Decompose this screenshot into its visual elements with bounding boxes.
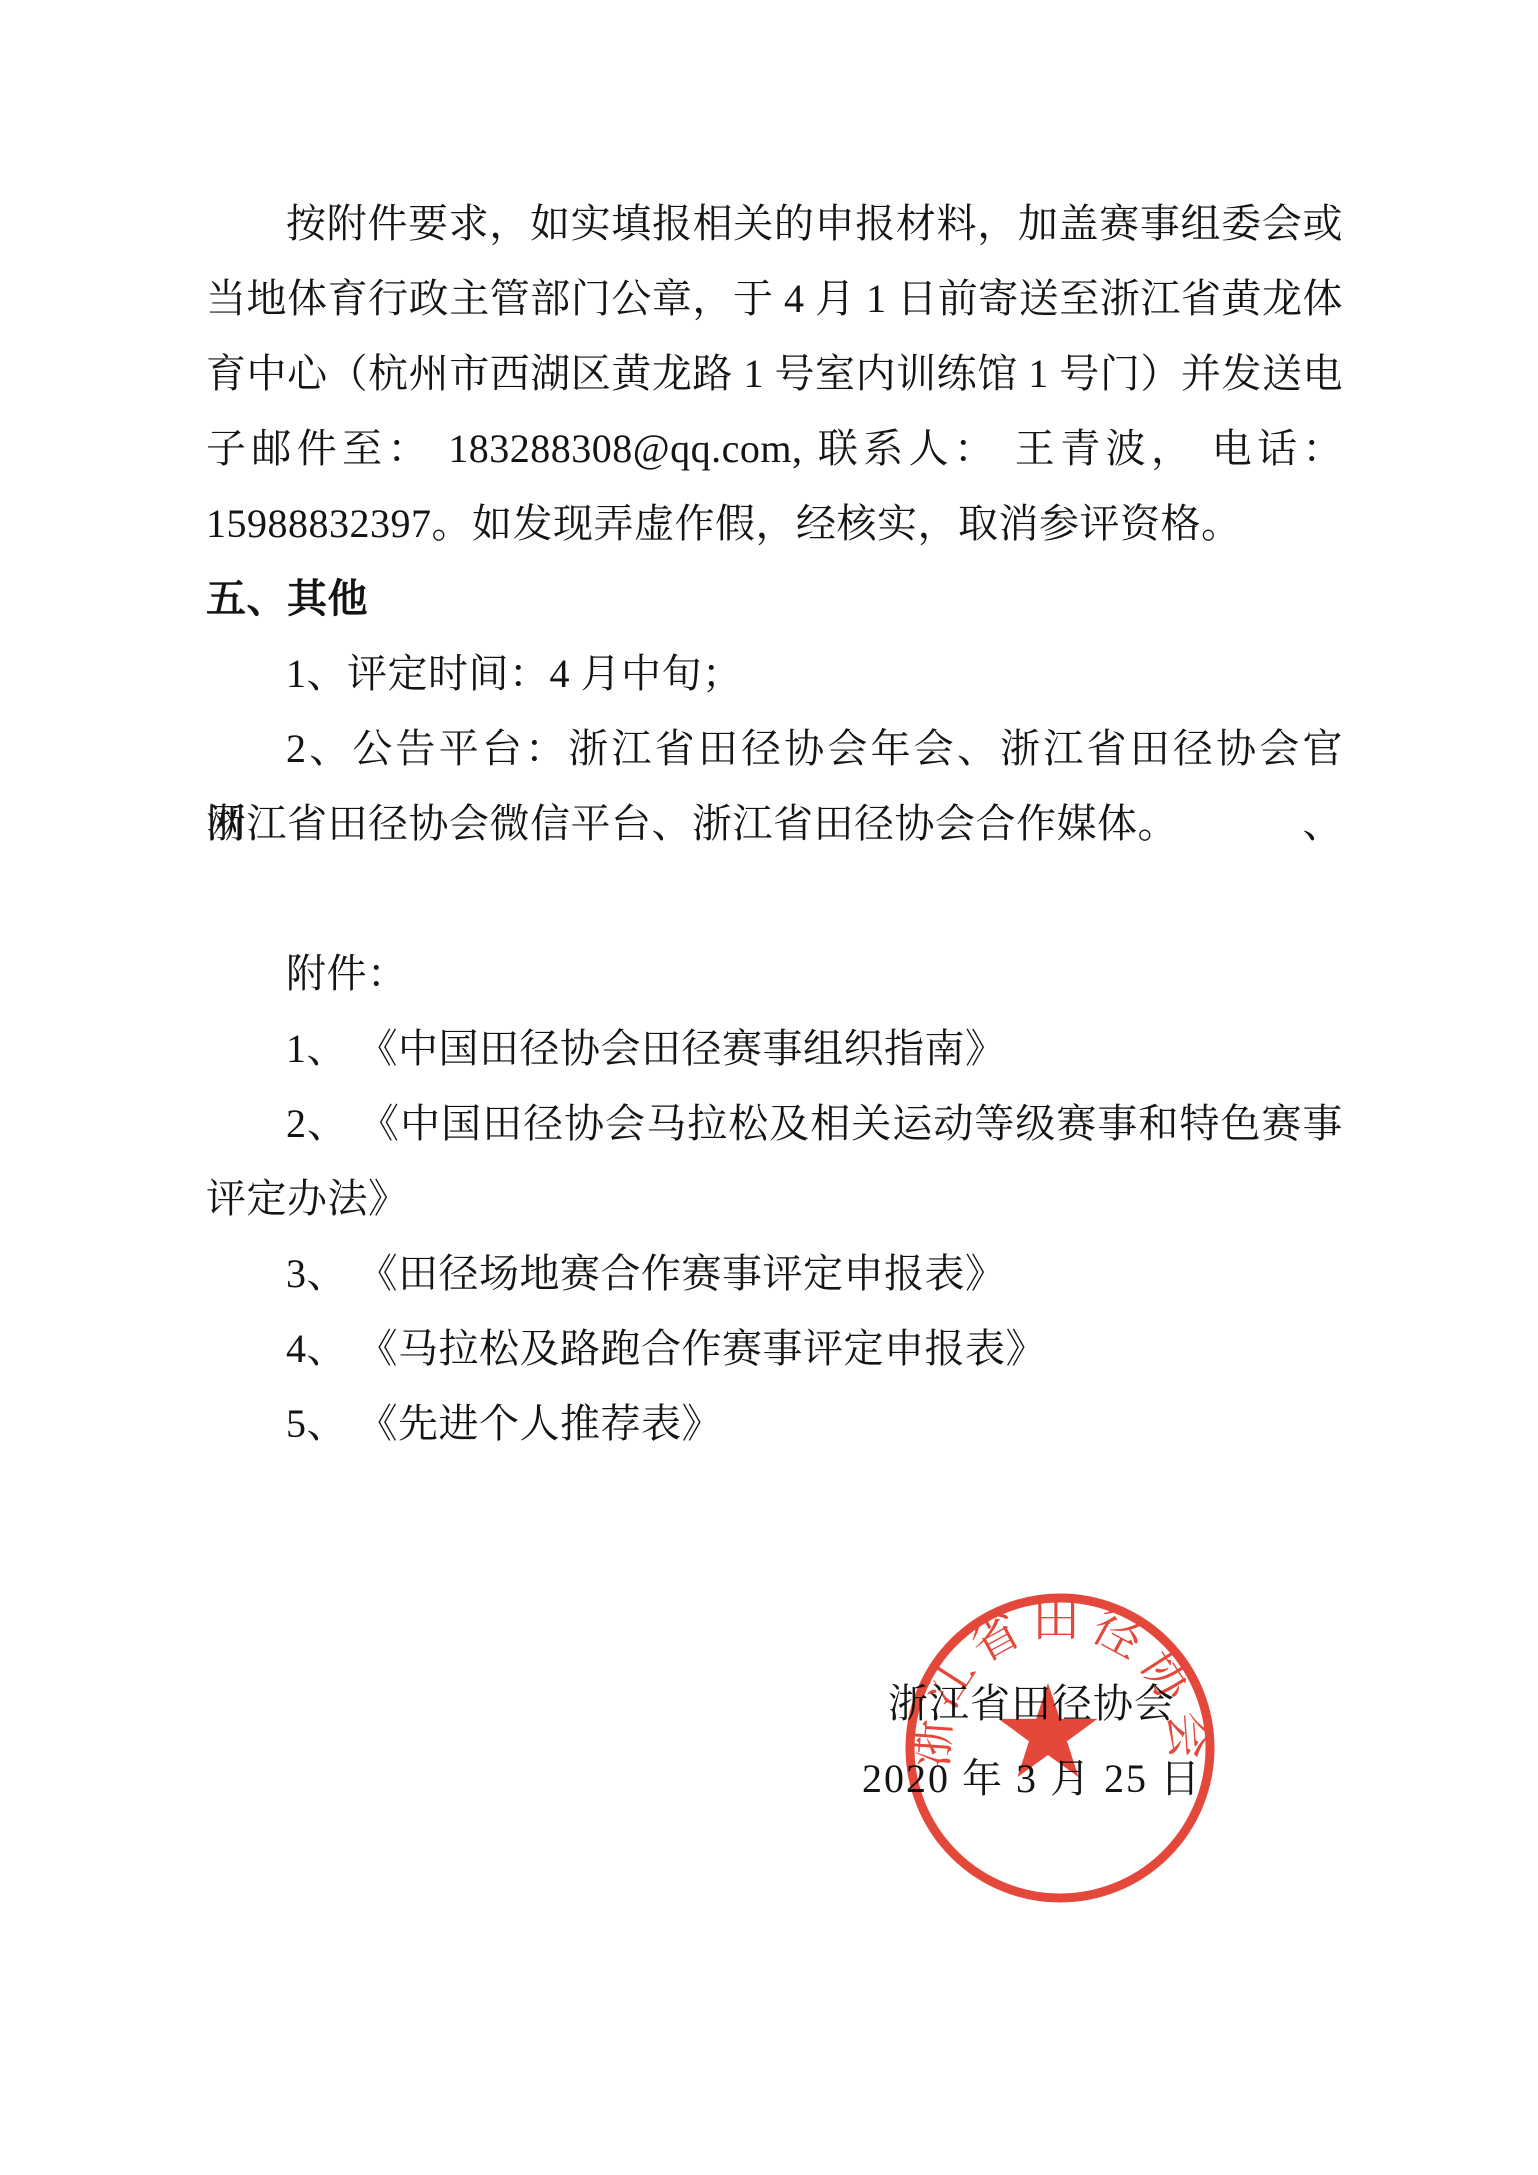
list-item-evaluation-time: 1、评定时间：4 月中旬； bbox=[206, 636, 1343, 711]
list-item-announcement-platforms: 2、公告平台：浙江省田径协会年会、浙江省田径协会官网、 bbox=[206, 711, 1343, 786]
paragraph-line: 当地体育行政主管部门公章，于 4 月 1 日前寄送至浙江省黄龙体 bbox=[206, 261, 1343, 336]
paragraph-line: 按附件要求，如实填报相关的申报材料，加盖赛事组委会或 bbox=[206, 186, 1343, 261]
section-heading-other: 五、其他 bbox=[206, 561, 1343, 636]
attachment-item-2-continuation: 评定办法》 bbox=[206, 1161, 1343, 1236]
paragraph-line: 子邮件至： 183288308@qq.com, 联系人： 王青波， 电话： bbox=[206, 411, 1343, 486]
star-icon bbox=[999, 1683, 1098, 1777]
attachment-item-2: 2、 《中国田径协会马拉松及相关运动等级赛事和特色赛事 bbox=[206, 1086, 1343, 1161]
attachment-item-4: 4、 《马拉松及路跑合作赛事评定申报表》 bbox=[206, 1311, 1343, 1386]
official-seal: 浙江省田径协会 bbox=[895, 1583, 1225, 1913]
document-page: 按附件要求，如实填报相关的申报材料，加盖赛事组委会或 当地体育行政主管部门公章，… bbox=[0, 0, 1538, 2175]
paragraph-line: 育中心（杭州市西湖区黄龙路 1 号室内训练馆 1 号门）并发送电 bbox=[206, 336, 1343, 411]
blank-line bbox=[206, 861, 1343, 936]
list-item-continuation: 浙江省田径协会微信平台、浙江省田径协会合作媒体。 bbox=[206, 786, 1343, 861]
attachments-label: 附件： bbox=[206, 936, 1343, 1011]
document-body: 按附件要求，如实填报相关的申报材料，加盖赛事组委会或 当地体育行政主管部门公章，… bbox=[206, 186, 1343, 1461]
attachment-item-1: 1、 《中国田径协会田径赛事组织指南》 bbox=[206, 1011, 1343, 1086]
attachment-item-3: 3、 《田径场地赛合作赛事评定申报表》 bbox=[206, 1236, 1343, 1311]
attachment-item-5: 5、 《先进个人推荐表》 bbox=[206, 1386, 1343, 1461]
paragraph-line: 15988832397。如发现弄虚作假，经核实，取消参评资格。 bbox=[206, 486, 1343, 561]
